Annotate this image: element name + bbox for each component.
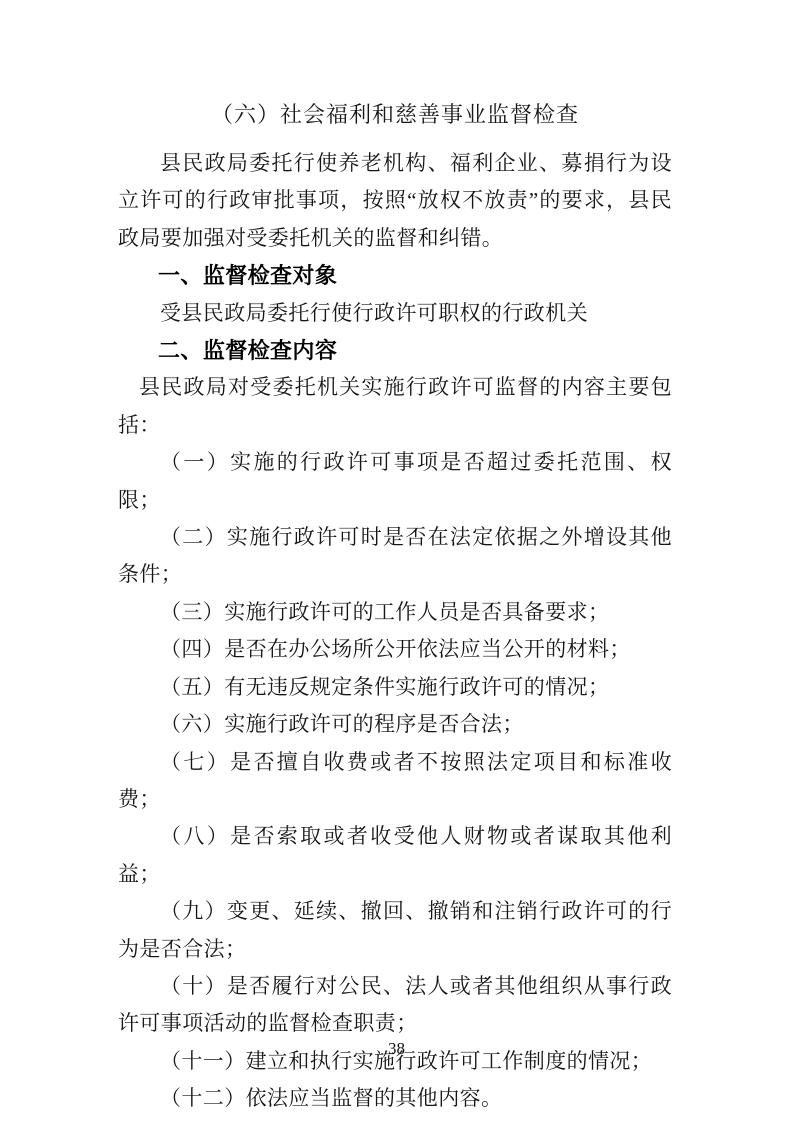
list-item-4: （四）是否在办公场所公开依法应当公开的材料； — [118, 631, 672, 668]
list-item-2: （二）实施行政许可时是否在法定依据之外增设其他条件； — [118, 519, 672, 594]
list-item-9: （九）变更、延续、撤回、撤销和注销行政许可的行为是否合法； — [118, 893, 672, 968]
supervision-content-lead: 县民政局对受委托机关实施行政许可监督的内容主要包括： — [118, 369, 672, 444]
list-item-7: （七）是否擅自收费或者不按照法定项目和标准收费； — [118, 744, 672, 819]
list-item-5: （五）有无违反规定条件实施行政许可的情况； — [118, 669, 672, 706]
list-item-6: （六）实施行政许可的程序是否合法； — [118, 706, 672, 743]
list-item-10: （十）是否履行对公民、法人或者其他组织从事行政许可事项活动的监督检查职责； — [118, 968, 672, 1043]
intro-paragraph: 县民政局委托行使养老机构、福利企业、募捐行为设立许可的行政审批事项，按照“放权不… — [118, 145, 672, 257]
section-title: （六）社会福利和慈善事业监督检查 — [118, 96, 672, 133]
list-item-3: （三）实施行政许可的工作人员是否具备要求； — [118, 594, 672, 631]
document-content: （六）社会福利和慈善事业监督检查 县民政局委托行使养老机构、福利企业、募捐行为设… — [118, 96, 672, 1118]
list-item-1: （一）实施的行政许可事项是否超过委托范围、权限； — [118, 444, 672, 519]
page-number: 38 — [0, 1038, 793, 1060]
list-item-12: （十二）依法应当监督的其他内容。 — [118, 1080, 672, 1117]
heading-supervision-content: 二、监督检查内容 — [118, 332, 672, 369]
list-item-8: （八）是否索取或者收受他人财物或者谋取其他利益； — [118, 818, 672, 893]
document-page: （六）社会福利和慈善事业监督检查 县民政局委托行使养老机构、福利企业、募捐行为设… — [0, 0, 793, 1122]
supervision-target-text: 受县民政局委托行使行政许可职权的行政机关 — [118, 295, 672, 332]
heading-supervision-target: 一、监督检查对象 — [118, 257, 672, 294]
